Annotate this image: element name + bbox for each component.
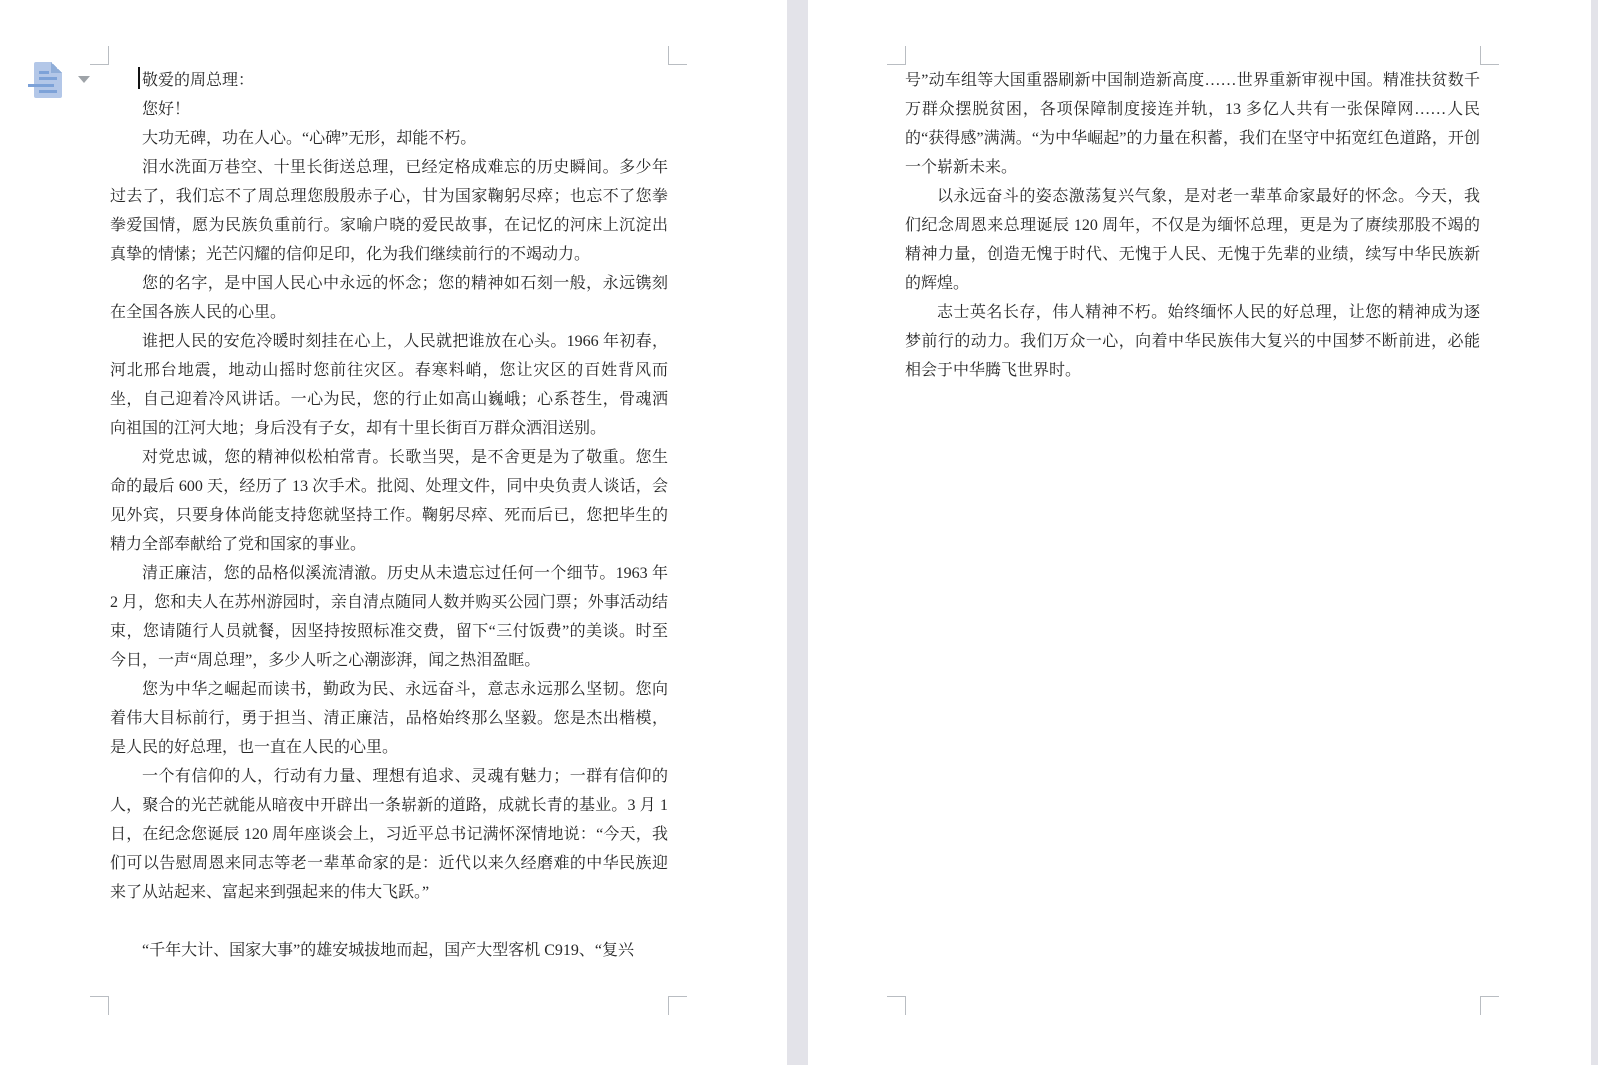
page-fold-icon	[51, 62, 62, 73]
margin-crop-mark-top-right	[1480, 46, 1499, 65]
paragraph[interactable]: 泪水洗面万巷空、十里长街送总理，已经定格成难忘的历史瞬间。多少年过去了，我们忘不…	[110, 153, 668, 269]
paragraph[interactable]: 您的名字，是中国人民心中永远的怀念；您的精神如石刻一般，永远镌刻在全国各族人民的…	[110, 269, 668, 327]
icon-text-line	[39, 90, 57, 93]
paragraph[interactable]: “千年大计、国家大事”的雄安城拔地而起，国产大型客机 C919、“复兴	[110, 936, 668, 965]
margin-crop-mark-bottom-right	[668, 996, 687, 1015]
paste-options-button[interactable]	[34, 60, 92, 100]
margin-crop-mark-top-left	[90, 46, 109, 65]
text-cursor	[138, 67, 140, 89]
page-1: 敬爱的周总理：您好！大功无碑，功在人心。“心碑”无形，却能不朽。泪水洗面万巷空、…	[0, 0, 787, 1065]
margin-crop-mark-top-left	[887, 46, 906, 65]
paragraph[interactable]	[110, 907, 668, 936]
paragraph[interactable]: 您好！	[110, 95, 668, 124]
margin-crop-mark-top-right	[668, 46, 687, 65]
icon-text-line	[39, 77, 57, 80]
margin-crop-mark-bottom-left	[90, 996, 109, 1015]
document-paste-icon	[34, 62, 62, 98]
paragraph[interactable]: 号”动车组等大国重器刷新中国制造新高度……世界重新审视中国。精准扶贫数千万群众摆…	[905, 66, 1480, 182]
document-canvas: 敬爱的周总理：您好！大功无碑，功在人心。“心碑”无形，却能不朽。泪水洗面万巷空、…	[0, 0, 1598, 1065]
margin-crop-mark-bottom-left	[887, 996, 906, 1015]
icon-text-line	[28, 84, 54, 87]
dropdown-arrow-icon[interactable]	[78, 76, 90, 83]
paragraph[interactable]: 以永远奋斗的姿态激荡复兴气象，是对老一辈革命家最好的怀念。今天，我们纪念周恩来总…	[905, 182, 1480, 298]
paragraph[interactable]: 大功无碑，功在人心。“心碑”无形，却能不朽。	[110, 124, 668, 153]
page-1-text-area[interactable]: 敬爱的周总理：您好！大功无碑，功在人心。“心碑”无形，却能不朽。泪水洗面万巷空、…	[110, 66, 668, 965]
paragraph[interactable]: 敬爱的周总理：	[110, 66, 668, 95]
paragraph[interactable]: 谁把人民的安危冷暖时刻挂在心上，人民就把谁放在心头。1966 年初春，河北邢台地…	[110, 327, 668, 443]
page-2-text-area[interactable]: 号”动车组等大国重器刷新中国制造新高度……世界重新审视中国。精准扶贫数千万群众摆…	[905, 66, 1480, 385]
icon-text-line	[39, 71, 49, 74]
margin-crop-mark-bottom-right	[1480, 996, 1499, 1015]
paragraph[interactable]: 一个有信仰的人，行动有力量、理想有追求、灵魂有魅力；一群有信仰的人，聚合的光芒就…	[110, 762, 668, 907]
paragraph[interactable]: 对党忠诚，您的精神似松柏常青。长歌当哭，是不舍更是为了敬重。您生命的最后 600…	[110, 443, 668, 559]
paragraph[interactable]: 您为中华之崛起而读书，勤政为民、永远奋斗，意志永远那么坚韧。您向着伟大目标前行，…	[110, 675, 668, 762]
page-2: 号”动车组等大国重器刷新中国制造新高度……世界重新审视中国。精准扶贫数千万群众摆…	[808, 0, 1591, 1065]
paragraph[interactable]: 清正廉洁，您的品格似溪流清澈。历史从未遗忘过任何一个细节。1963 年 2 月，…	[110, 559, 668, 675]
paragraph[interactable]: 志士英名长存，伟人精神不朽。始终缅怀人民的好总理，让您的精神成为逐梦前行的动力。…	[905, 298, 1480, 385]
